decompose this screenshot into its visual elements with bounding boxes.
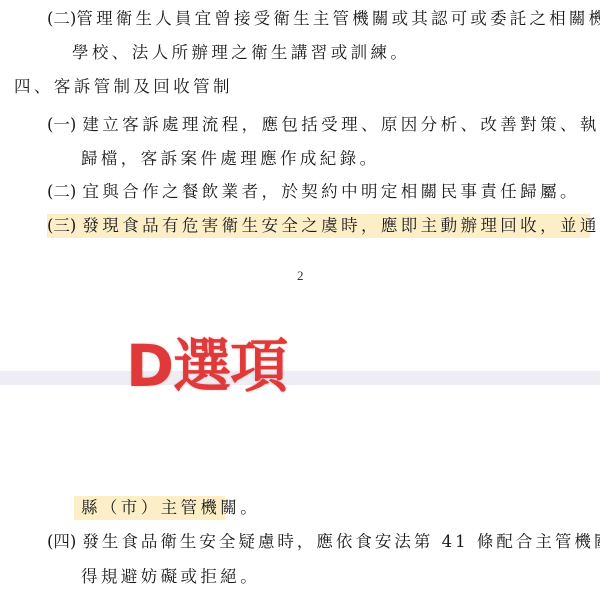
clause-text: 管理衛生人員宜曾接受衛生主管機關或其認可或委託之相關機關(構)、	[76, 9, 600, 28]
clause-label: (一)	[47, 113, 76, 137]
clause-4-continuation: 得規避妨礙或拒絕。	[81, 565, 260, 589]
clause-text: 學校、法人所辦理之衛生講習或訓練。	[72, 43, 410, 62]
clause-label: (四)	[47, 530, 76, 554]
section-title: 客訴管制及回收管制	[54, 77, 233, 96]
clause-3-recall-highlighted: (三)發現食品有危害衛生安全之虞時，應即主動辦理回收，並通報直轄市、	[47, 214, 590, 238]
clause-text: 發生食品衛生安全疑慮時，應依食安法第 41 條配合主管機關調查，不	[82, 532, 600, 551]
page-number: 2	[297, 268, 304, 284]
clause-text: 歸檔，客訴案件處理應作成紀錄。	[81, 149, 380, 168]
clause-text: 發現食品有危害衛生安全之虞時，應即主動辦理回收，並通報直轄市、	[82, 216, 600, 235]
clause-text: 縣（市）主管機關。	[81, 498, 260, 517]
clause-2-civil-liability: (二)宜與合作之餐飲業者，於契約中明定相關民事責任歸屬。	[47, 180, 580, 204]
clause-label: (二)	[47, 7, 76, 31]
answer-option-label: D選項	[126, 326, 287, 406]
clause-1-complaint-process: (一)建立客訴處理流程，應包括受理、原因分析、改善對策、執行、確認及	[47, 113, 600, 137]
clause-3-continuation-highlighted: 縣（市）主管機關。	[74, 496, 225, 520]
section-4-heading: 四、客訴管制及回收管制	[14, 75, 233, 99]
clause-text: 宜與合作之餐飲業者，於契約中明定相關民事責任歸屬。	[82, 182, 580, 201]
clause-4-investigation: (四)發生食品衛生安全疑慮時，應依食安法第 41 條配合主管機關調查，不	[47, 530, 600, 554]
page-separator	[0, 371, 600, 385]
clause-label: (二)	[47, 180, 76, 204]
clause-label: (三)	[47, 214, 76, 238]
clause-2-management-training: (二)管理衛生人員宜曾接受衛生主管機關或其認可或委託之相關機關(構)、	[47, 7, 600, 31]
clause-1-continuation: 歸檔，客訴案件處理應作成紀錄。	[81, 147, 380, 171]
clause-2-continuation: 學校、法人所辦理之衛生講習或訓練。	[72, 41, 410, 65]
section-label: 四、	[14, 75, 54, 99]
clause-text: 建立客訴處理流程，應包括受理、原因分析、改善對策、執行、確認及	[82, 115, 600, 134]
clause-text: 得規避妨礙或拒絕。	[81, 567, 260, 586]
